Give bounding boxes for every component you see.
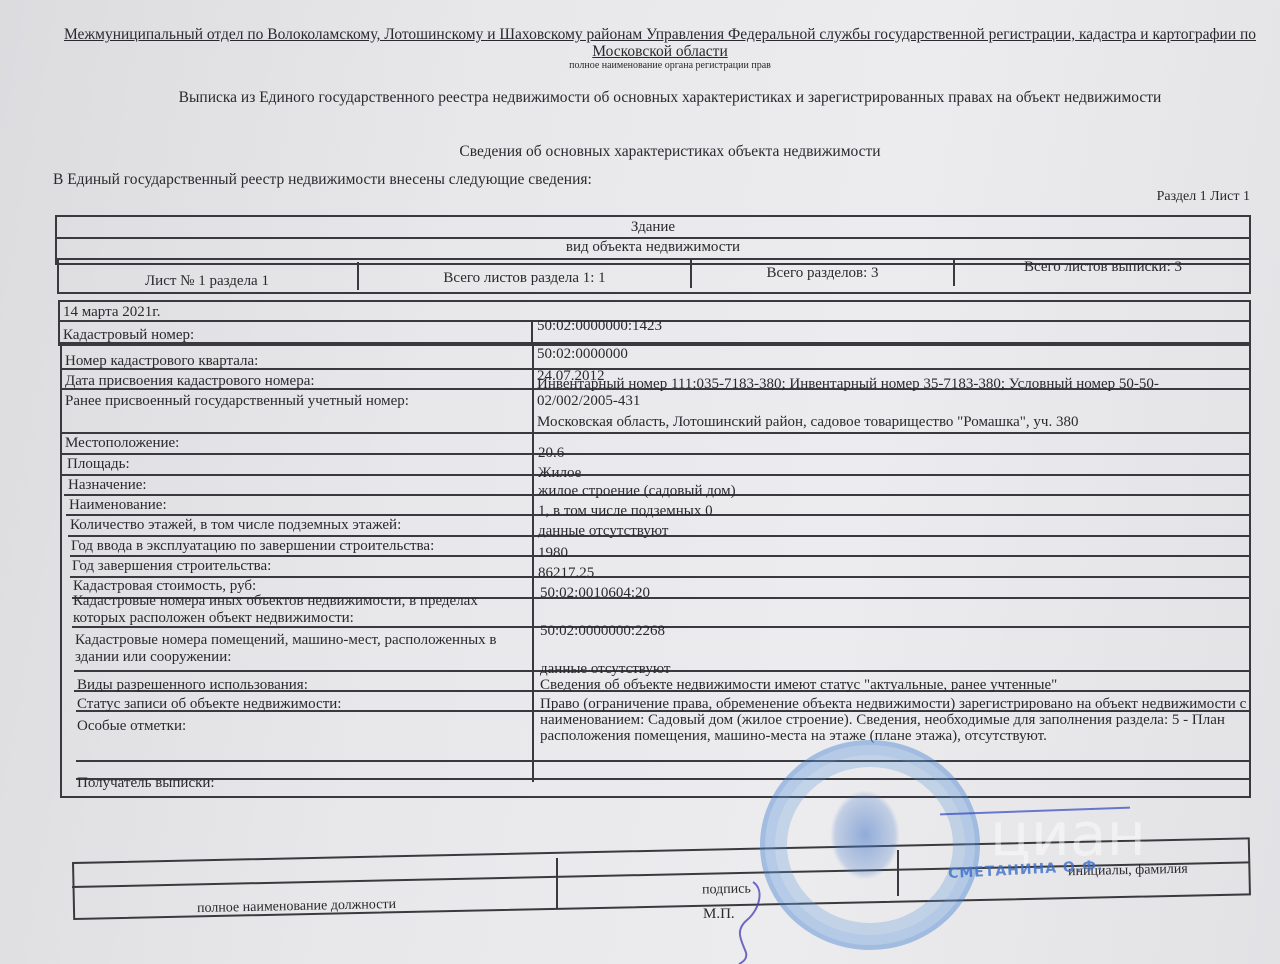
row-divider (76, 778, 1251, 780)
signature-scribble-icon (725, 880, 775, 964)
field-label: Количество этажей, в том числе подземных… (70, 517, 401, 534)
document-page: Межмуниципальный отдел по Волоколамскому… (0, 0, 1280, 964)
watermark: циан (990, 800, 1146, 870)
field-value: жилое строение (садовый дом) (538, 483, 736, 500)
field-label: Статус записи об объекте недвижимости: (77, 696, 341, 713)
field-value: 50:02:0010604:20 (540, 585, 650, 602)
total-sheets: Всего листов выписки: 3 (955, 259, 1251, 276)
field-label: Местоположение: (65, 435, 179, 452)
field-label: Год завершения строительства: (72, 558, 271, 575)
field-label: Площадь: (67, 456, 130, 473)
row-divider (60, 432, 1251, 434)
field-label: Виды разрешенного использования: (77, 677, 308, 694)
row-divider (62, 474, 1251, 476)
field-label: Кадастровые номера помещений, машино-мес… (75, 632, 531, 666)
organization-caption: полное наименование органа регистрации п… (60, 60, 1280, 71)
sheets-in-section: Всего листов раздела 1: 1 (359, 270, 690, 287)
column-divider (532, 342, 534, 782)
object-type-value: Здание (55, 219, 1251, 236)
field-label: Год ввода в эксплуатацию по завершении с… (71, 538, 434, 555)
field-label: Номер кадастрового квартала: (65, 353, 258, 370)
intro-text: В Единый государственный реестр недвижим… (53, 171, 592, 189)
divider (556, 858, 558, 908)
document-title: Выписка из Единого государственного реес… (60, 89, 1280, 107)
field-value: 86217.25 (538, 565, 594, 582)
field-label: Дата присвоения кадастрового номера: (65, 373, 315, 390)
field-value: 50:02:0000000:2268 (540, 623, 665, 640)
field-label: Ранее присвоенный государственный учетны… (65, 393, 409, 410)
sheet-number: Лист № 1 раздела 1 (57, 273, 357, 290)
total-sections: Всего разделов: 3 (692, 265, 953, 282)
field-value: 1980 (538, 545, 568, 562)
field-value: 50:02:0000000 (537, 346, 628, 363)
coat-of-arms-icon (830, 790, 900, 880)
field-value: Московская область, Лотошинский район, с… (537, 414, 1078, 431)
field-value: 20.6 (538, 445, 564, 462)
field-value: Инвентарный номер 111:035-7183-380; Инве… (537, 376, 1237, 410)
position-caption: полное наименование должности (197, 896, 396, 917)
field-value: Жилое (538, 465, 581, 482)
field-value: данные отсутствуют (540, 661, 670, 678)
field-label: Назначение: (68, 477, 147, 494)
field-value: 1, в том числе подземных 0 (538, 503, 713, 520)
extract-date: 14 марта 2021г. (63, 304, 160, 321)
field-value: данные отсутствуют (538, 523, 668, 540)
field-label: Кадастровые номера иных объектов недвижи… (73, 593, 531, 627)
row-divider (76, 760, 1251, 762)
field-value: Право (ограничение права, обременение об… (540, 696, 1255, 744)
object-type-caption: вид объекта недвижимости (55, 239, 1251, 256)
field-value: Сведения об объекте недвижимости имеют с… (540, 677, 1057, 694)
field-label: Особые отметки: (77, 718, 186, 735)
section-reference: Раздел 1 Лист 1 (1157, 189, 1250, 205)
cadastral-number-value: 50:02:0000000:1423 (537, 318, 662, 335)
row-divider (60, 453, 1251, 455)
organization-name: Межмуниципальный отдел по Волоколамскому… (60, 26, 1260, 60)
row-divider (70, 555, 1251, 557)
section-title: Сведения об основных характеристиках объ… (60, 143, 1280, 161)
field-label: Получатель выписки: (77, 775, 215, 792)
field-label: Наименование: (69, 497, 167, 514)
